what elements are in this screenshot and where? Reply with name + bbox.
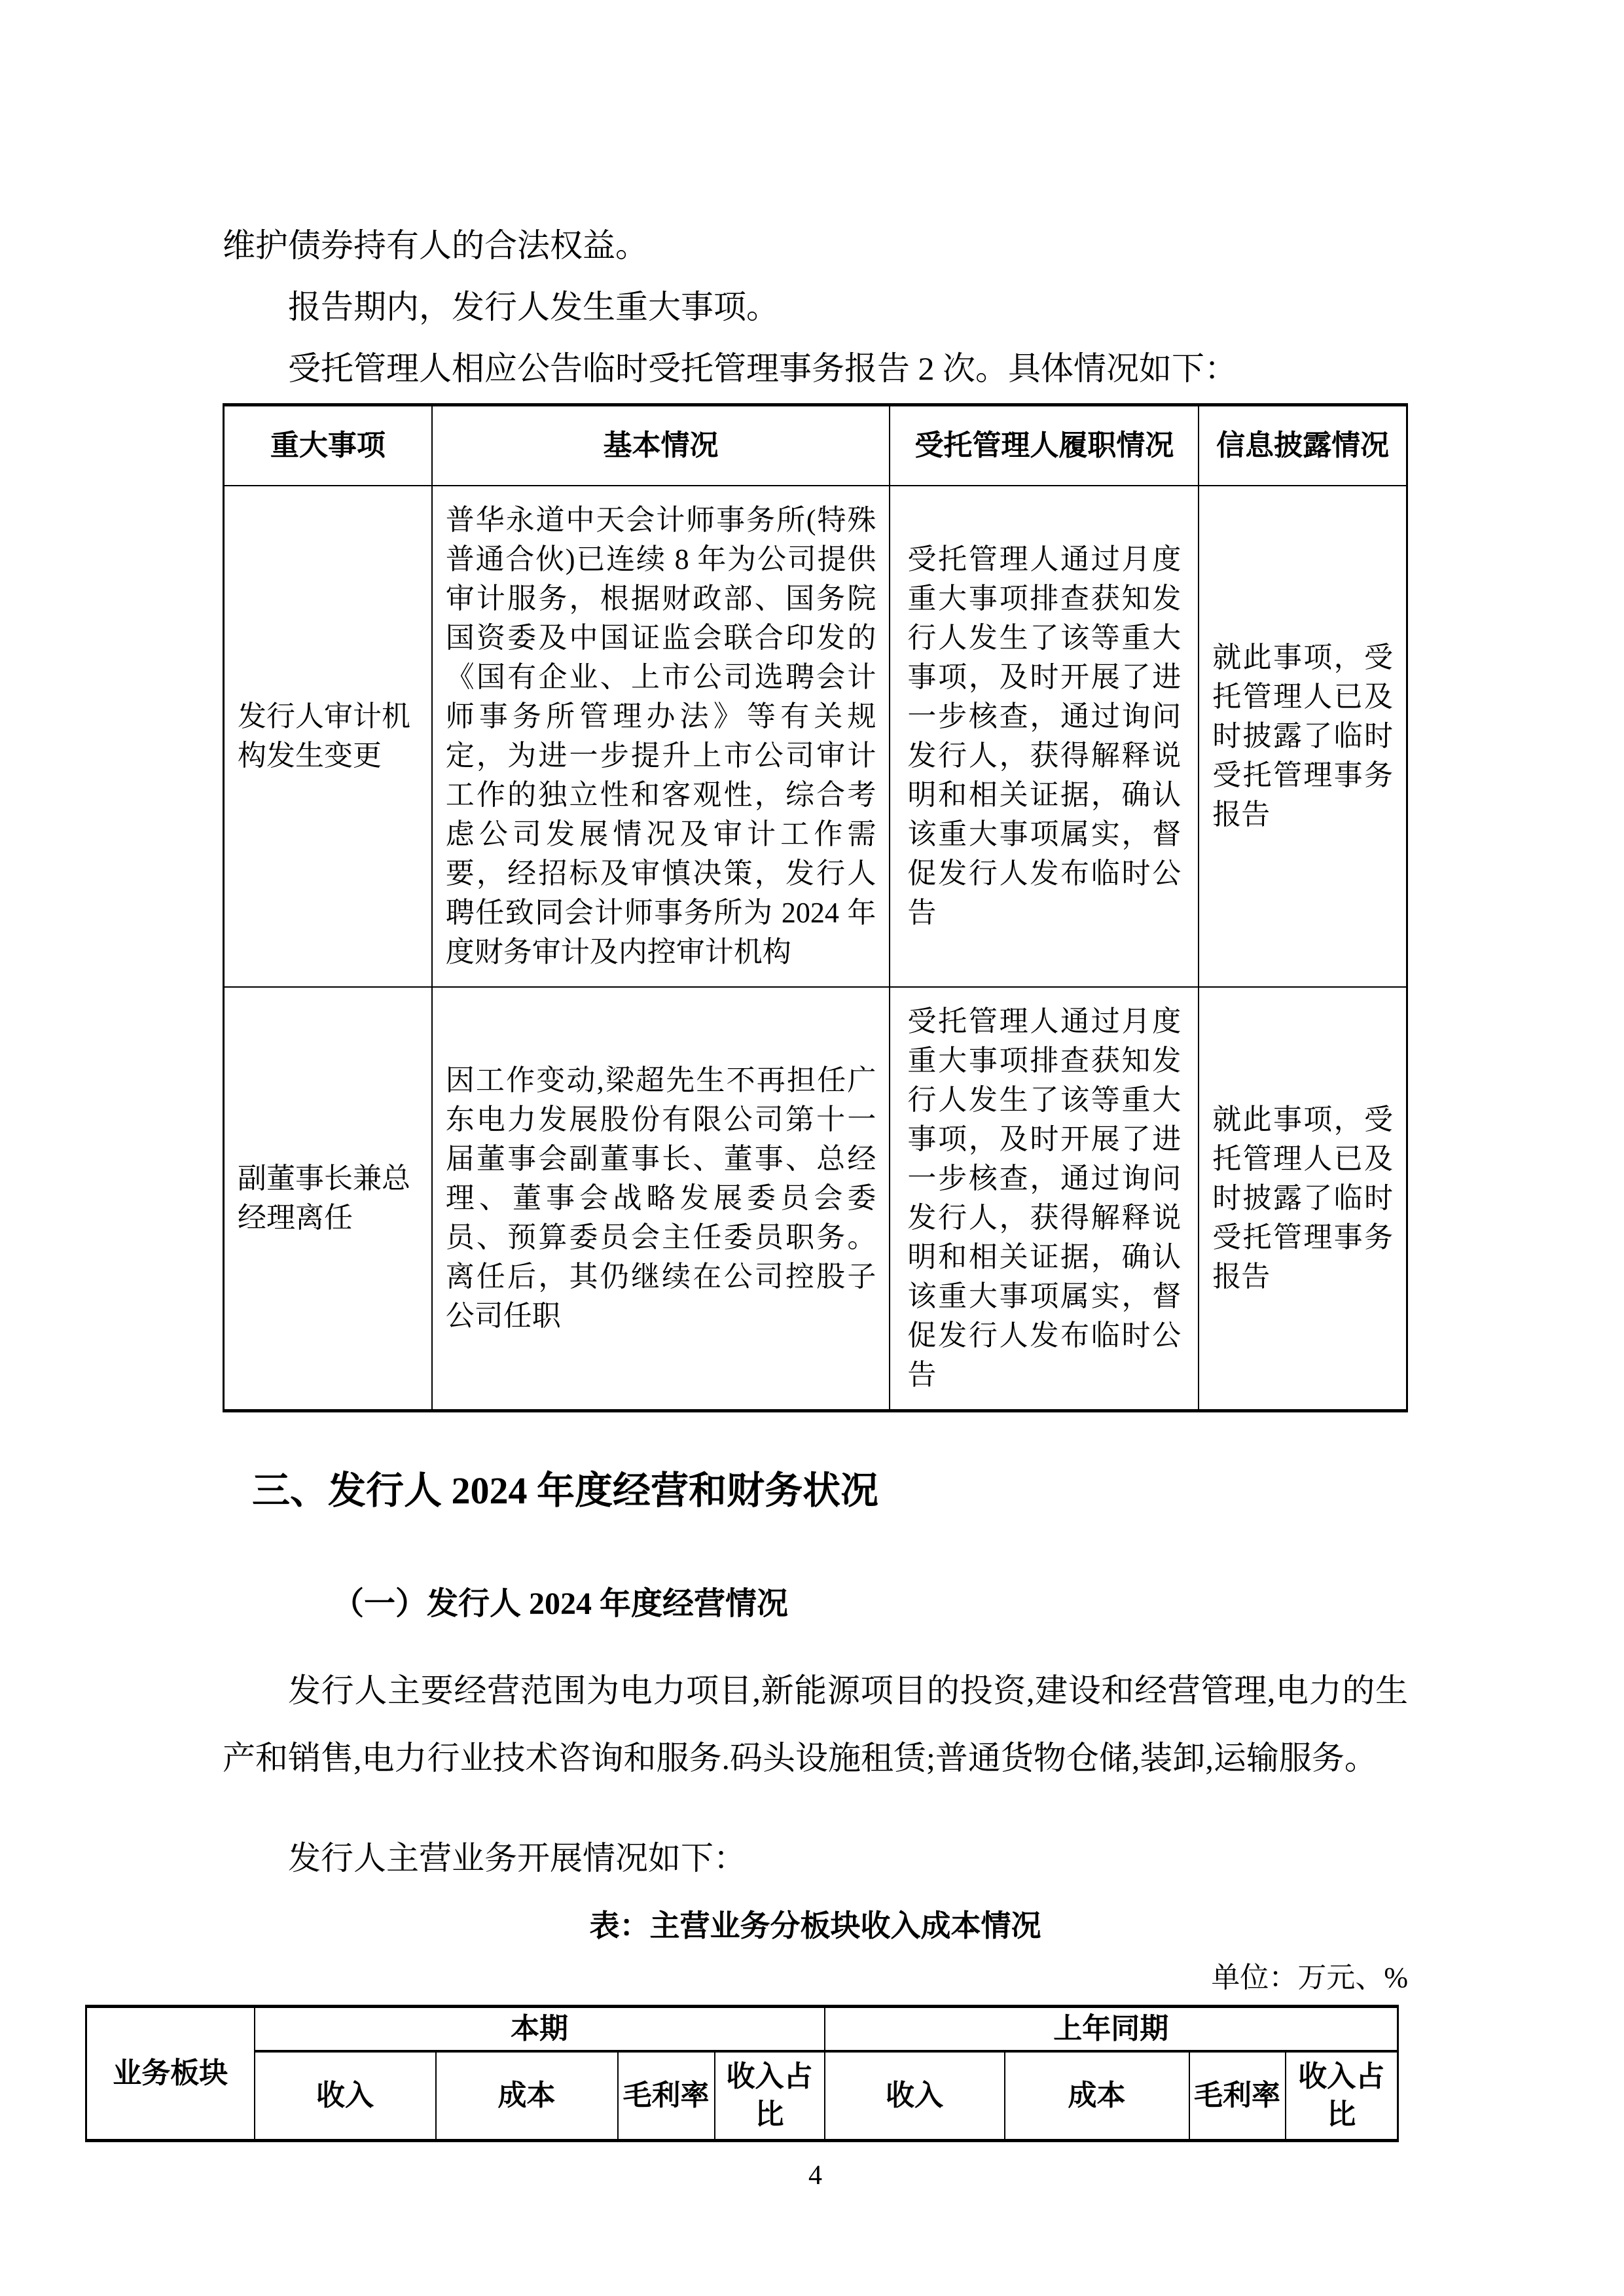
group-header-prior-period: 上年同期: [825, 2007, 1398, 2052]
business-table-subheader-row: 收入 成本 毛利率 收入占比 收入 成本 毛利率 收入占比: [86, 2051, 1398, 2141]
disclosure-cell: 就此事项，受托管理人已及时披露了临时受托管理事务报告: [1199, 486, 1407, 987]
business-segments-table: 业务板块 本期 上年同期 收入 成本 毛利率 收入占比 收入 成本 毛利率 收入…: [85, 2005, 1399, 2142]
unit-note: 单位：万元、%: [223, 1959, 1408, 1997]
table-row: 副董事长兼总经理离任 因工作变动,梁超先生不再担任广东电力发展股份有限公司第十一…: [224, 987, 1407, 1411]
col-header-segment: 业务板块: [86, 2007, 255, 2141]
document-page: 维护债券持有人的合法权益。 报告期内，发行人发生重大事项。 受托管理人相应公告临…: [0, 0, 1624, 2296]
business-table-group-row: 业务板块 本期 上年同期: [86, 2007, 1398, 2052]
intro-line-1: 维护债券持有人的合法权益。: [223, 215, 1408, 276]
disclosure-cell: 就此事项，受托管理人已及时披露了临时受托管理事务报告: [1199, 987, 1407, 1411]
table-row: 发行人审计机构发生变更 普华永道中天会计师事务所(特殊普通合伙)已连续 8 年为…: [224, 486, 1407, 987]
lead-in-line: 发行人主营业务开展情况如下：: [223, 1825, 1408, 1892]
col-header-revenue-share-prior: 收入占比: [1286, 2051, 1398, 2141]
business-table-title: 表：主营业务分板块收入成本情况: [223, 1903, 1408, 1950]
col-header-revenue-prior: 收入: [825, 2051, 1005, 2141]
trustee-duty-cell: 受托管理人通过月度重大事项排查获知发行人发生了该等重大事项，及时开展了进一步核查…: [890, 486, 1199, 987]
event-name-cell: 发行人审计机构发生变更: [224, 486, 432, 987]
section-title: 三、发行人 2024 年度经营和财务状况: [252, 1465, 1408, 1517]
major-events-header-row: 重大事项 基本情况 受托管理人履职情况 信息披露情况: [224, 405, 1407, 486]
intro-line-2: 报告期内，发行人发生重大事项。: [223, 276, 1408, 338]
col-header-duty: 受托管理人履职情况: [890, 405, 1199, 486]
page-content: 维护债券持有人的合法权益。 报告期内，发行人发生重大事项。 受托管理人相应公告临…: [0, 0, 1624, 2192]
col-header-event: 重大事项: [224, 405, 432, 486]
col-header-basic: 基本情况: [432, 405, 890, 486]
col-header-cost-current: 成本: [436, 2051, 618, 2141]
business-scope-paragraph: 发行人主要经营范围为电力项目,新能源项目的投资,建设和经营管理,电力的生产和销售…: [223, 1657, 1408, 1792]
col-header-gross-margin-prior: 毛利率: [1189, 2051, 1286, 2141]
col-header-gross-margin-current: 毛利率: [618, 2051, 715, 2141]
basic-info-cell: 普华永道中天会计师事务所(特殊普通合伙)已连续 8 年为公司提供审计服务，根据财…: [432, 486, 890, 987]
trustee-duty-cell: 受托管理人通过月度重大事项排查获知发行人发生了该等重大事项，及时开展了进一步核查…: [890, 987, 1199, 1411]
basic-info-cell: 因工作变动,梁超先生不再担任广东电力发展股份有限公司第十一届董事会副董事长、董事…: [432, 987, 890, 1411]
page-number: 4: [223, 2159, 1408, 2192]
event-name-cell: 副董事长兼总经理离任: [224, 987, 432, 1411]
major-events-table: 重大事项 基本情况 受托管理人履职情况 信息披露情况 发行人审计机构发生变更 普…: [223, 403, 1408, 1412]
group-header-current-period: 本期: [255, 2007, 825, 2052]
col-header-cost-prior: 成本: [1005, 2051, 1189, 2141]
col-header-revenue-current: 收入: [255, 2051, 436, 2141]
col-header-revenue-share-current: 收入占比: [715, 2051, 825, 2141]
col-header-disclosure: 信息披露情况: [1199, 405, 1407, 486]
subsection-title: （一）发行人 2024 年度经营情况: [333, 1583, 1408, 1626]
intro-line-3: 受托管理人相应公告临时受托管理事务报告 2 次。具体情况如下：: [223, 338, 1408, 399]
business-table-wrapper: 业务板块 本期 上年同期 收入 成本 毛利率 收入占比 收入 成本 毛利率 收入…: [85, 2005, 1397, 2142]
